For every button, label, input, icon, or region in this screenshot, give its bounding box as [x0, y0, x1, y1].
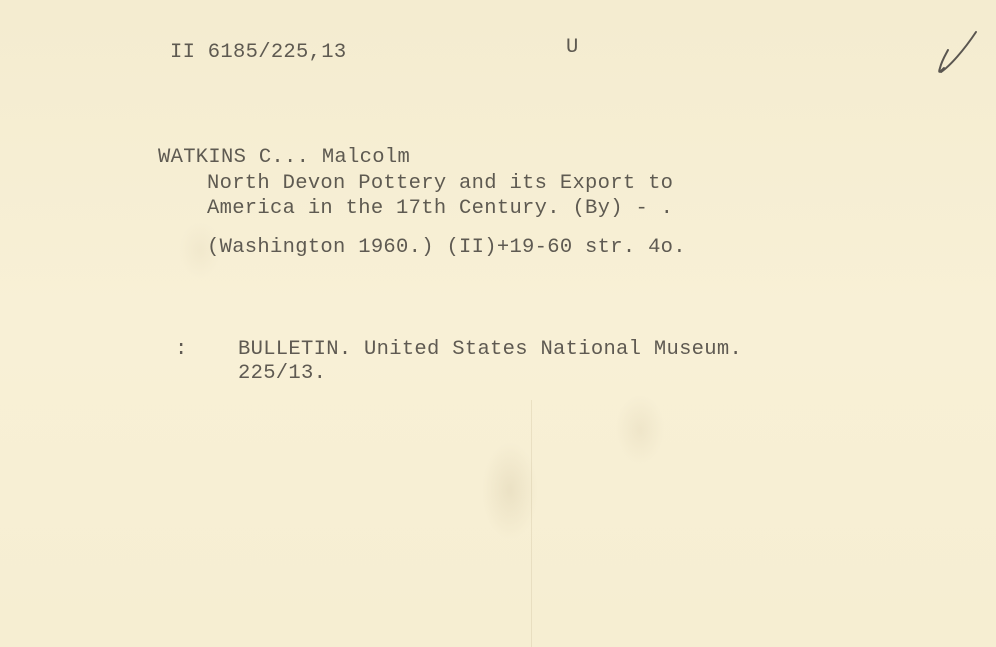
call-number: II 6185/225,13 [170, 43, 346, 64]
title-line-1: North Devon Pottery and its Export to [207, 174, 673, 195]
title-line-2: America in the 17th Century. (By) - . [207, 199, 673, 220]
check-mark-icon [936, 28, 982, 76]
series-line-1: BULLETIN. United States National Museum. [238, 340, 742, 361]
paper-fold-line [531, 400, 532, 647]
series-line-2: 225/13. [238, 364, 326, 385]
catalog-card: II 6185/225,13 U WATKINS C... Malcolm No… [0, 0, 996, 647]
author-heading: WATKINS C... Malcolm [158, 148, 410, 169]
imprint-line: (Washington 1960.) (II)+19-60 str. 4o. [207, 238, 686, 259]
series-marker: : [175, 340, 188, 361]
code-letter: U [566, 38, 579, 59]
